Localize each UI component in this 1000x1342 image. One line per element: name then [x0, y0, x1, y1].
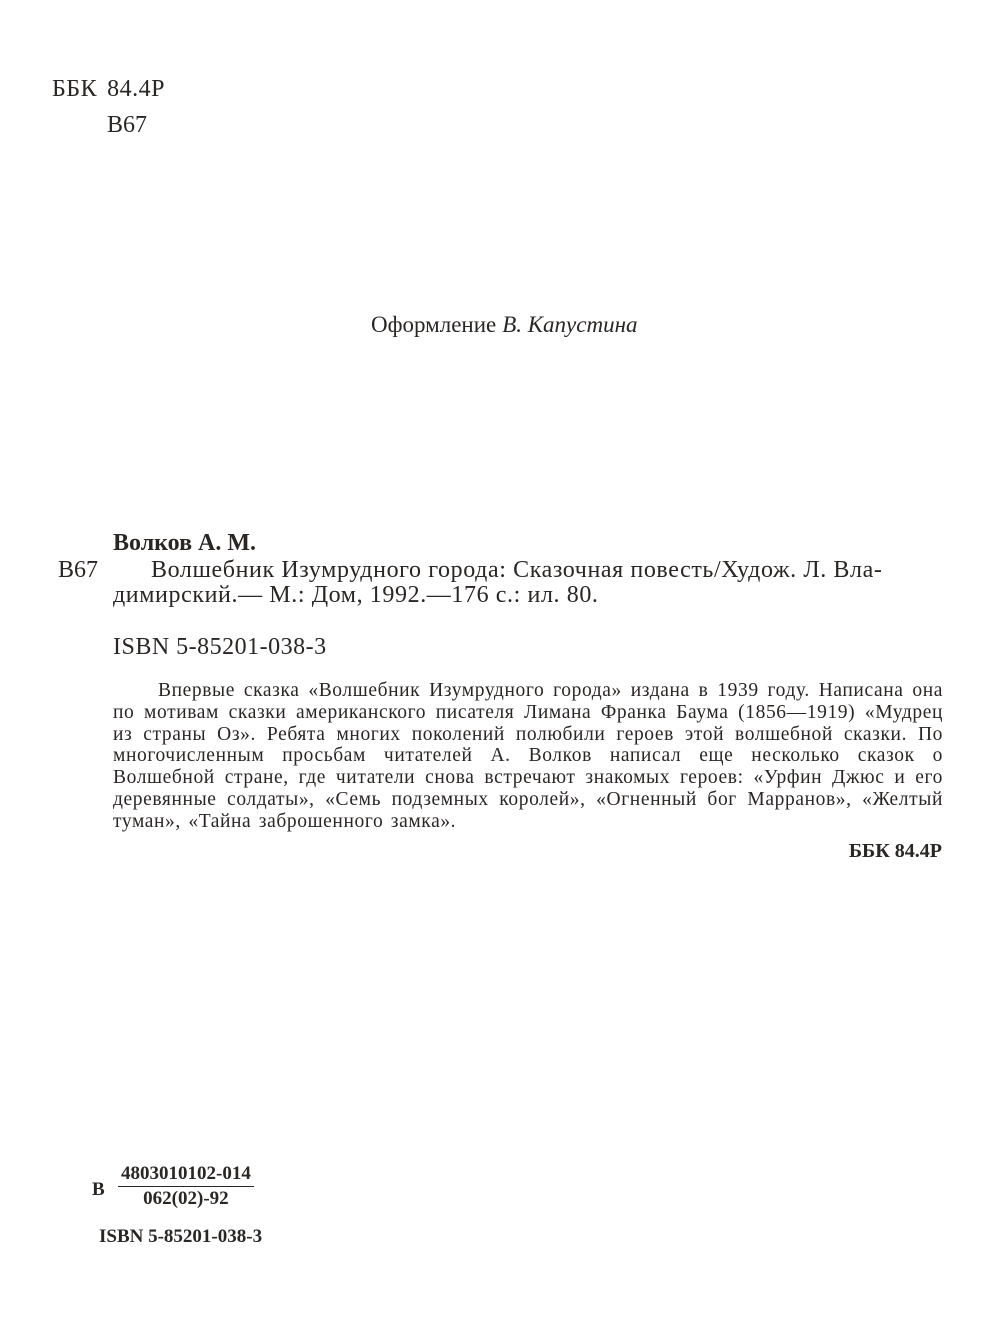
catalog-isbn: ISBN 5-85201-038-3	[113, 634, 327, 661]
design-credit: ОформлениеВ. Капустина	[371, 312, 638, 338]
bbk-label: ББК	[52, 76, 97, 102]
bibliographic-description-line2: димирский.— М.: Дом, 1992.—176 с.: ил. 8…	[113, 582, 599, 609]
catalog-author-mark: В67	[58, 557, 98, 584]
catalog-bbk: ББК 84.4Р	[849, 840, 942, 863]
imprint-isbn: ISBN 5-85201-038-3	[99, 1226, 262, 1248]
bibliographic-description-line1: Волшебник Изумрудного города: Сказочная …	[151, 557, 882, 584]
annotation-paragraph: Впервые сказка «Волшебник Изумрудного го…	[113, 680, 943, 833]
designer-name: В. Капустина	[502, 312, 637, 337]
bbk-code: 84.4Р	[107, 76, 165, 102]
imprint-denominator: 062(02)-92	[118, 1187, 254, 1210]
design-label: Оформление	[371, 312, 496, 337]
imprint-fraction: 4803010102-014 062(02)-92	[118, 1163, 254, 1210]
imprint-letter: В	[92, 1179, 105, 1201]
imprint-numerator: 4803010102-014	[118, 1163, 254, 1187]
author-mark-top: В67	[107, 112, 147, 139]
bbk-classification-top: ББК84.4Р	[52, 76, 165, 103]
catalog-author: Волков А. М.	[113, 530, 256, 557]
